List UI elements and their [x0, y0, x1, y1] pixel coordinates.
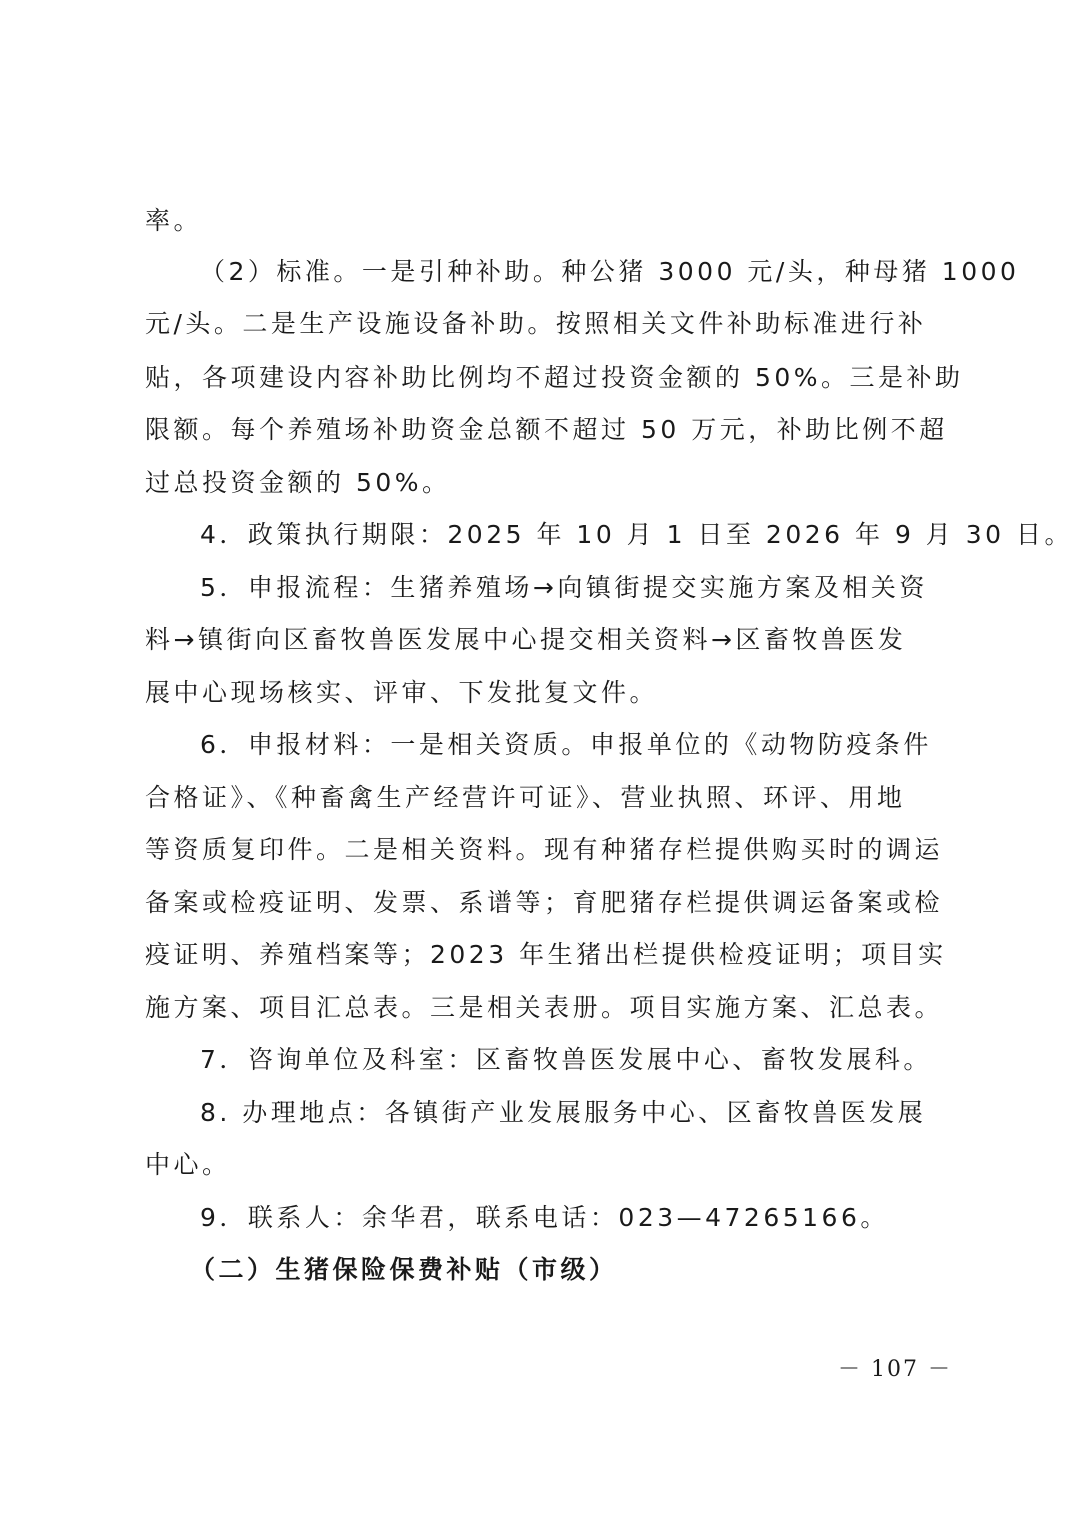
- paragraph-line: （2）标准。一是引种补助。种公猪 3000 元/头，种母猪 1000: [200, 254, 1000, 290]
- paragraph-line: 疫证明、养殖档案等；2023 年生猪出栏提供检疫证明；项目实: [145, 937, 945, 973]
- paragraph-line: 8. 办理地点：各镇街产业发展服务中心、区畜牧兽医发展: [200, 1095, 1000, 1131]
- paragraph-line: 合格证》、《种畜禽生产经营许可证》、营业执照、环评、用地: [145, 780, 945, 816]
- paragraph-line: 9．联系人：余华君，联系电话：023—47265166。: [200, 1200, 1000, 1236]
- paragraph-line: 等资质复印件。二是相关资料。现有种猪存栏提供购买时的调运: [145, 832, 945, 868]
- paragraph-line: 4．政策执行期限：2025 年 10 月 1 日至 2026 年 9 月 30 …: [200, 517, 1000, 553]
- paragraph-line: 6．申报材料：一是相关资质。申报单位的《动物防疫条件: [200, 727, 1000, 763]
- paragraph-line: 率。: [145, 203, 945, 239]
- paragraph-line: 限额。每个养殖场补助资金总额不超过 50 万元，补助比例不超: [145, 412, 945, 448]
- page-number: － 107 －: [838, 1352, 952, 1383]
- paragraph-line: 7．咨询单位及科室：区畜牧兽医发展中心、畜牧发展科。: [200, 1042, 1000, 1078]
- section-heading: （二）生猪保险保费补贴（市级）: [190, 1252, 990, 1288]
- paragraph-line: 过总投资金额的 50%。: [145, 465, 945, 501]
- paragraph-line: 料→镇街向区畜牧兽医发展中心提交相关资料→区畜牧兽医发: [145, 622, 945, 658]
- paragraph-line: 备案或检疫证明、发票、系谱等；育肥猪存栏提供调运备案或检: [145, 885, 945, 921]
- paragraph-line: 元/头。二是生产设施设备补助。按照相关文件补助标准进行补: [145, 306, 945, 342]
- paragraph-line: 5．申报流程：生猪养殖场→向镇街提交实施方案及相关资: [200, 570, 1000, 606]
- paragraph-line: 贴，各项建设内容补助比例均不超过投资金额的 50%。三是补助: [145, 360, 945, 396]
- paragraph-line: 中心。: [145, 1147, 945, 1183]
- paragraph-line: 展中心现场核实、评审、下发批复文件。: [145, 675, 945, 711]
- document-page: 率。 （2）标准。一是引种补助。种公猪 3000 元/头，种母猪 1000 元/…: [0, 0, 1074, 1520]
- paragraph-line: 施方案、项目汇总表。三是相关表册。项目实施方案、汇总表。: [145, 990, 945, 1026]
